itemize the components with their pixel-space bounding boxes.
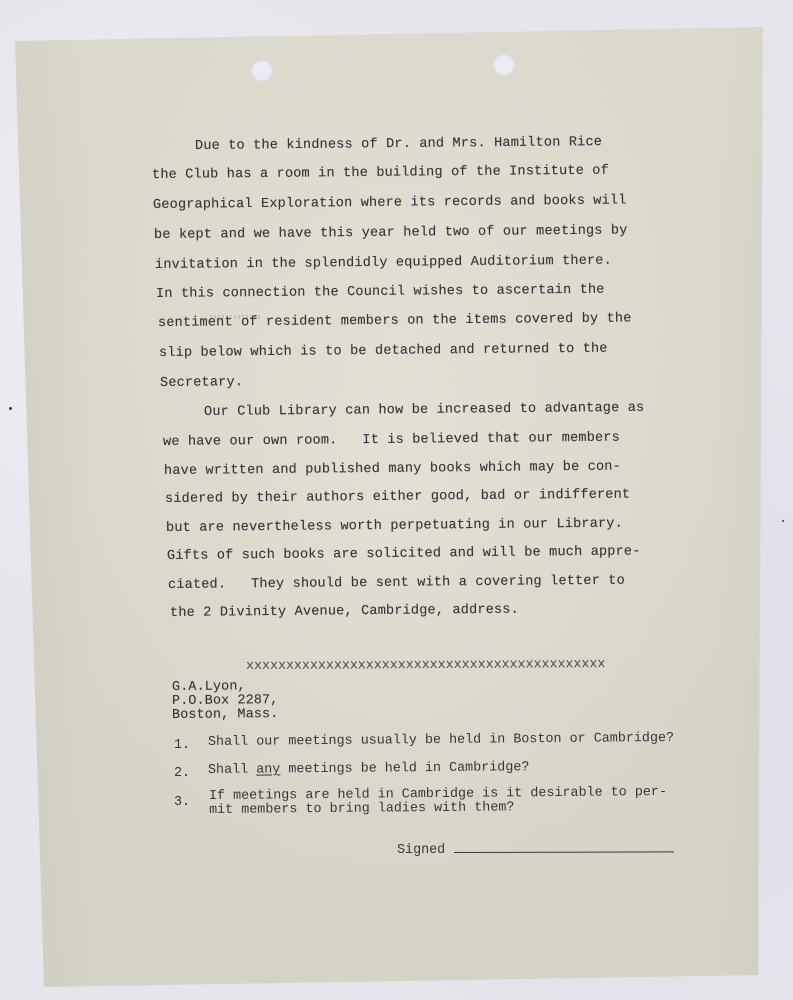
underlined-word: any bbox=[256, 762, 280, 777]
question-number: 2. bbox=[174, 766, 190, 781]
question-text-part: meetings be held in Cambridge? bbox=[280, 760, 529, 777]
question-number: 3. bbox=[174, 795, 190, 810]
address-line: Boston, Mass. bbox=[172, 707, 279, 723]
punch-hole-left bbox=[251, 59, 273, 81]
backdrop-speck bbox=[9, 407, 12, 410]
paragraph-1-line: Secretary. bbox=[160, 375, 243, 391]
backdrop-speck bbox=[782, 520, 784, 522]
question-number: 1. bbox=[174, 738, 190, 753]
punch-hole-right bbox=[493, 53, 515, 75]
question-text-line: mit members to bring ladies with them? bbox=[209, 800, 514, 818]
question-text: Shall any meetings be held in Cambridge? bbox=[208, 761, 530, 778]
question-text: If meetings are held in Cambridge is it … bbox=[209, 786, 667, 818]
detach-separator: xxxxxxxxxxxxxxxxxxxxxxxxxxxxxxxxxxxxxxxx… bbox=[246, 657, 605, 674]
question-text-part: Shall bbox=[208, 763, 256, 778]
signed-label: Signed bbox=[397, 843, 445, 858]
